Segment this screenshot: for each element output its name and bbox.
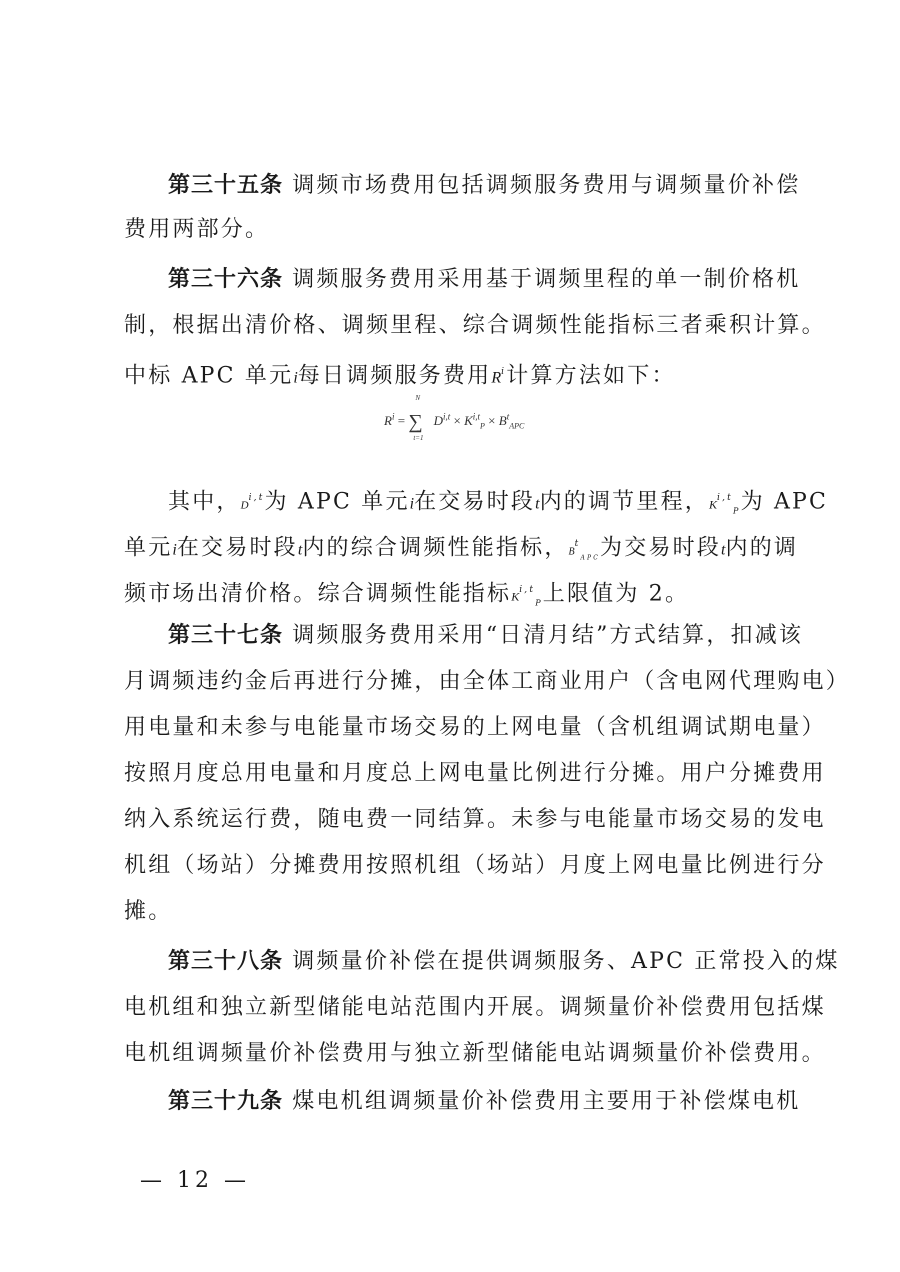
article-36-line-2: 制，根据出清价格、调频里程、综合调频性能指标三者乘积计算。 [124, 312, 776, 340]
sigma-symbol: ∑ [408, 411, 422, 433]
formula-sup: i,t [443, 412, 450, 422]
variable-sup: i,t [249, 493, 265, 503]
document-page: 第三十五条 调频市场费用包括调频服务费用与调频量价补偿 费用两部分。 第三十六条… [0, 0, 900, 1272]
variable-sup: i,t [717, 493, 733, 503]
article-text: 上限值为 2。 [543, 581, 689, 606]
explain-line-2: 单元i在交易时段t内的综合调频性能指标，BtAPC为交易时段t内的调 [124, 530, 776, 573]
article-37-line-2: 月调频违约金后再进行分摊，由全体工商业用户（含电网代理购电） [124, 668, 776, 696]
article-36-title: 第三十六条 [168, 267, 283, 292]
article-37-line-7: 摊。 [124, 898, 776, 926]
formula-lhs: R [384, 413, 392, 428]
article-36-line-3: 中标 APC 单元i每日调频服务费用Ri计算方法如下： [124, 358, 776, 392]
article-text: 为 APC 单元 [265, 489, 410, 514]
article-37-line-5: 纳入系统运行费，随电费一同结算。未参与电能量市场交易的发电 [124, 806, 776, 834]
variable-sup: t [575, 539, 581, 549]
article-39-title: 第三十九条 [168, 1089, 283, 1114]
article-text: 内的调 [726, 535, 799, 560]
formula-K: K [464, 413, 473, 428]
article-text: 煤电机组调频量价补偿费用主要用于补偿煤电机 [292, 1089, 800, 1114]
article-text: 为交易时段 [600, 535, 721, 560]
formula-sup: i,t [473, 412, 480, 422]
article-38-line-2: 电机组和独立新型储能电站范围内开展。调频量价补偿费用包括煤 [124, 994, 776, 1022]
variable-K: K [709, 497, 717, 511]
times-symbol: × [488, 413, 495, 428]
fee-formula: Ri = N ∑ t=1 Di,t × Ki,tP × BtAPC [384, 408, 524, 431]
variable-R: R [491, 369, 501, 386]
variable-sub: APC [580, 555, 600, 562]
explain-line-3: 频市场出清价格。综合调频性能指标Ki,tP上限值为 2。 [124, 576, 776, 618]
article-35-line-2: 费用两部分。 [124, 216, 776, 244]
article-text: 调频服务费用采用基于调频里程的单一制价格机 [292, 267, 800, 292]
formula-sub: APC [509, 422, 524, 431]
article-38-line-1: 第三十八条 调频量价补偿在提供调频服务、APC 正常投入的煤 [168, 948, 776, 976]
article-38-line-3: 电机组调频量价补偿费用与独立新型储能电站调频量价补偿费用。 [124, 1040, 776, 1068]
article-39-line-1: 第三十九条 煤电机组调频量价补偿费用主要用于补偿煤电机 [168, 1088, 776, 1116]
article-37-line-3: 用电量和未参与电能量市场交易的上网电量（含机组调试期电量） [124, 714, 776, 742]
formula-B: B [499, 413, 507, 428]
article-text: 其中， [168, 489, 241, 514]
article-text: 中标 APC 单元 [124, 363, 293, 388]
article-text: 调频量价补偿在提供调频服务、APC 正常投入的煤 [292, 949, 839, 974]
article-35-line-1: 第三十五条 调频市场费用包括调频服务费用与调频量价补偿 [168, 172, 776, 200]
formula-eq: = [398, 413, 405, 428]
article-35-title: 第三十五条 [168, 173, 283, 198]
article-text: 在交易时段 [414, 489, 535, 514]
article-text: 内的调节里程， [540, 489, 709, 514]
variable-sub: P [733, 507, 741, 516]
article-text: 调频服务费用采用“日清月结”方式结算，扣减该 [292, 623, 803, 648]
variable-sub: P [535, 599, 543, 608]
formula-sup: t [507, 412, 510, 422]
explain-line-1: 其中，Di,t为 APC 单元i在交易时段t内的调节里程，Ki,tP为 APC [168, 484, 776, 526]
summation: N ∑ t=1 [408, 408, 430, 431]
article-text: 为 APC [741, 489, 829, 514]
article-text: 内的综合调频性能指标， [302, 535, 568, 560]
article-37-line-6: 机组（场站）分摊费用按照机组（场站）月度上网电量比例进行分 [124, 852, 776, 880]
article-36-line-1: 第三十六条 调频服务费用采用基于调频里程的单一制价格机 [168, 266, 776, 294]
sum-lower-limit: t=1 [413, 434, 423, 442]
article-text: 单元 [124, 535, 172, 560]
sum-upper-limit: N [415, 394, 420, 402]
times-symbol: × [453, 413, 460, 428]
article-text: 在交易时段 [177, 535, 298, 560]
formula-D: D [434, 413, 443, 428]
article-text: 每日调频服务费用 [298, 363, 492, 388]
article-37-line-4: 按照月度总用电量和月度总上网电量比例进行分摊。用户分摊费用 [124, 760, 776, 788]
article-37-title: 第三十七条 [168, 623, 283, 648]
formula-sup: i [392, 412, 395, 422]
article-text: 计算方法如下： [506, 363, 675, 388]
article-text: 频市场出清价格。综合调频性能指标 [124, 581, 511, 606]
article-37-line-1: 第三十七条 调频服务费用采用“日清月结”方式结算，扣减该 [168, 622, 776, 650]
formula-sub: P [480, 422, 485, 431]
article-text: 调频市场费用包括调频服务费用与调频量价补偿 [292, 173, 800, 198]
variable-D: D [241, 499, 249, 511]
variable-sup: i,t [519, 585, 535, 595]
article-38-title: 第三十八条 [168, 949, 283, 974]
page-number: — 12 — [140, 1168, 250, 1193]
